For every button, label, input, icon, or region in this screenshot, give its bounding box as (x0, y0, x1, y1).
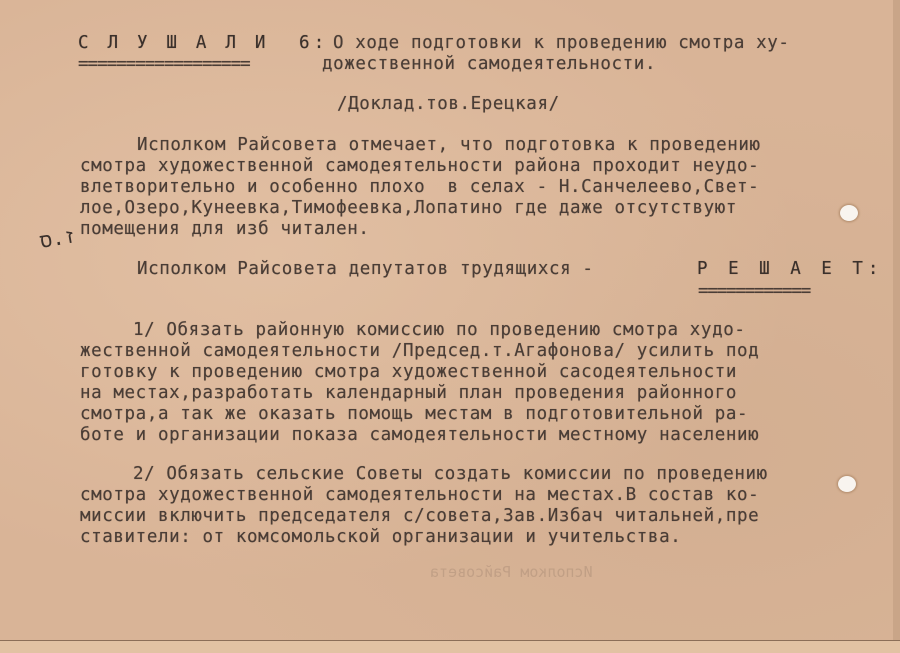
intro-line-1: Исполком Райсовета отмечает, что подгото… (137, 135, 761, 155)
item-2-line-1: 2/ Обязать сельские Советы создать комис… (133, 464, 768, 484)
decision-heading-label: Р Е Ш А Е Т: (697, 259, 883, 279)
heading-label: С Л У Ш А Л И 6: (78, 33, 329, 53)
intro-line-3: влетворительно и особенно плохо в селах … (80, 177, 759, 197)
intro-line-2: смотра художественной самодеятельности р… (80, 156, 759, 176)
intro-line-5: помещения для изб читален. (80, 219, 370, 239)
reporter-line: /Доклад.тов.Ерецкая/ (337, 94, 560, 114)
item-1-line-5: смотра,а так же оказать помощь местам в … (80, 404, 748, 424)
heading-text-line2: дожественной самодеятельности. (322, 54, 656, 74)
decision-heading-underline: ============ (698, 281, 810, 301)
item-1-line-1: 1/ Обязать районную комиссию по проведен… (133, 320, 745, 340)
item-2-line-4: ставители: от комсомольской организации … (80, 527, 681, 547)
heading-underline: ================== (78, 54, 250, 74)
item-2-line-3: миссии включить председателя с/совета,За… (80, 506, 759, 526)
margin-handwritten-mark: ז.ס (38, 223, 78, 255)
paper-edge-right (893, 0, 900, 653)
punch-hole-bottom (838, 476, 856, 492)
heading-text-line1: О ходе подготовки к проведению смотра ху… (333, 33, 790, 53)
item-1-line-2: жественной самодеятельности /Председ.т.А… (80, 341, 759, 361)
bleed-through-text: Исполком Райсовета (430, 563, 593, 581)
item-1-line-3: готовку к проведению смотра художественн… (80, 362, 737, 382)
item-1-line-4: на местах,разработать календарный план п… (80, 383, 737, 403)
paper-edge-bottom (0, 640, 900, 653)
intro-line-4: лое,Озеро,Кунеевка,Тимофеевка,Лопатино г… (80, 198, 737, 218)
punch-hole-top (840, 205, 858, 221)
decision-heading-text: Исполком Райсовета депутатов трудящихся … (137, 259, 594, 279)
item-1-line-6: боте и организации показа самодеятельнос… (80, 425, 759, 445)
document-page: С Л У Ш А Л И 6: О ходе подготовки к про… (0, 0, 893, 640)
item-2-line-2: смотра художественной самодеятельности н… (80, 485, 759, 505)
